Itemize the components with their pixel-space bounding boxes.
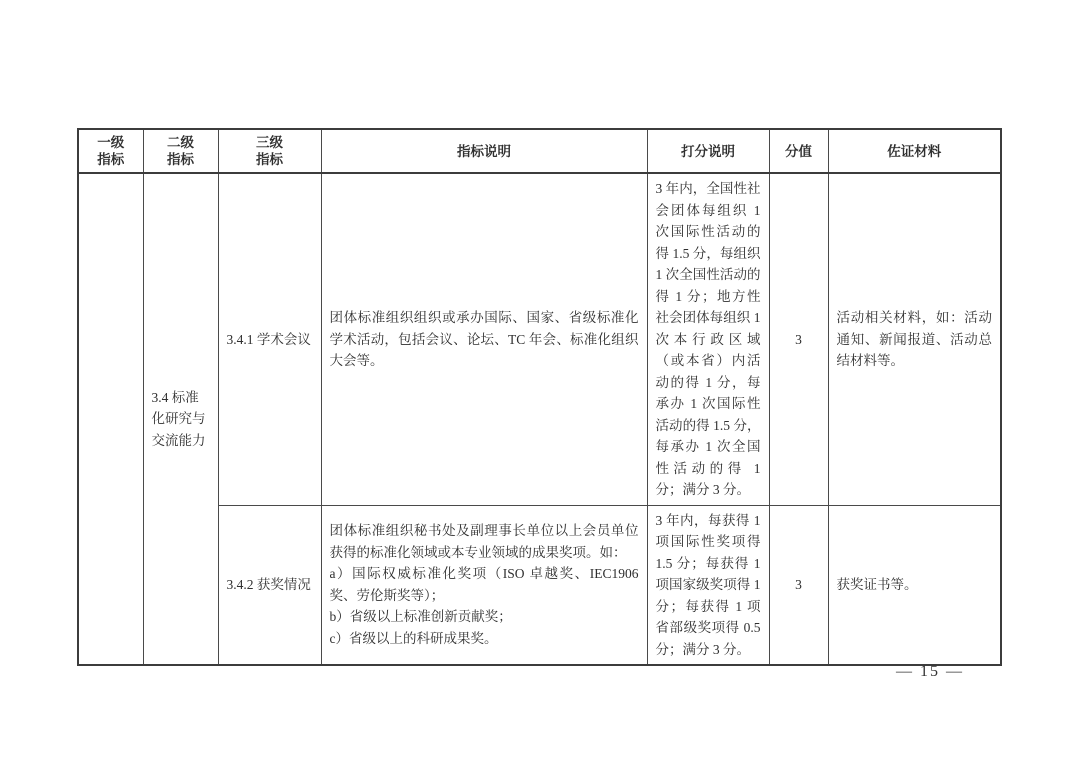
cell-supporting-materials: 活动相关材料，如：活动通知、新闻报道、活动总结材料等。: [828, 173, 1001, 505]
column-header-scoring-description: 打分说明: [647, 129, 769, 173]
cell-scoring-description: 3 年内，每获得 1 项国际性奖项得 1.5 分；每获得 1 项国家级奖项得 1…: [647, 505, 769, 665]
cell-points: 3: [769, 505, 828, 665]
cell-level3-indicator: 3.4.1 学术会议: [218, 173, 321, 505]
indicator-table: 一级 指标 二级 指标 三级 指标 指标说明 打分说明 分值 佐证材料 3.4 …: [77, 128, 1002, 666]
cell-scoring-description: 3 年内，全国性社会团体每组织 1 次国际性活动的得 1.5 分，每组织 1 次…: [647, 173, 769, 505]
cell-points: 3: [769, 173, 828, 505]
cell-level3-indicator: 3.4.2 获奖情况: [218, 505, 321, 665]
cell-level1-indicator: [78, 173, 143, 665]
table-row: 3.4 标准化研究与交流能力 3.4.1 学术会议 团体标准组织组织或承办国际、…: [78, 173, 1001, 505]
column-header-level2-indicator: 二级 指标: [143, 129, 218, 173]
cell-indicator-description: 团体标准组织组织或承办国际、国家、省级标准化学术活动，包括会议、论坛、TC 年会…: [321, 173, 647, 505]
table-header-row: 一级 指标 二级 指标 三级 指标 指标说明 打分说明 分值 佐证材料: [78, 129, 1001, 173]
page-number: — 15 —: [880, 663, 980, 681]
document-page: 一级 指标 二级 指标 三级 指标 指标说明 打分说明 分值 佐证材料 3.4 …: [0, 0, 1080, 764]
column-header-points: 分值: [769, 129, 828, 173]
cell-supporting-materials: 获奖证书等。: [828, 505, 1001, 665]
column-header-supporting-materials: 佐证材料: [828, 129, 1001, 173]
cell-level2-indicator: 3.4 标准化研究与交流能力: [143, 173, 218, 665]
column-header-indicator-description: 指标说明: [321, 129, 647, 173]
cell-indicator-description: 团体标准组织秘书处及副理事长单位以上会员单位获得的标准化领域或本专业领域的成果奖…: [321, 505, 647, 665]
column-header-level1-indicator: 一级 指标: [78, 129, 143, 173]
column-header-level3-indicator: 三级 指标: [218, 129, 321, 173]
